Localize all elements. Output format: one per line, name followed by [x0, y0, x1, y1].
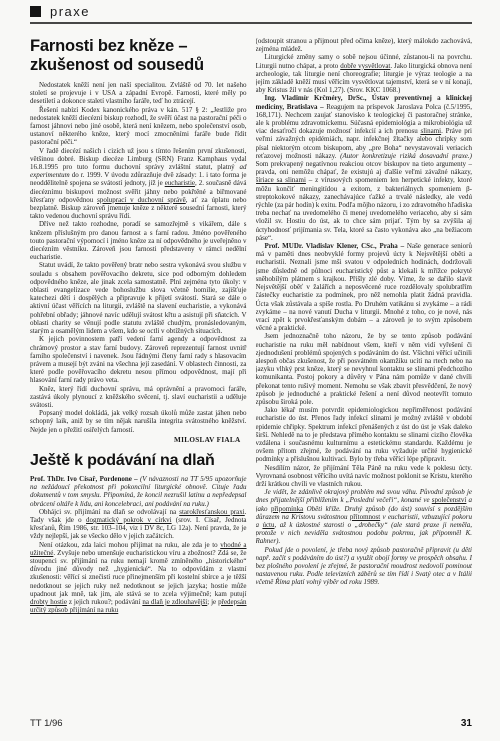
paragraph: Řešení nabízí Kodex kanonického práva v … [30, 106, 247, 147]
paragraph: Statut uvádí, že takto pověřený bratr ne… [30, 261, 247, 335]
paragraph: Liturgické změny samy o sobě nejsou účin… [256, 53, 473, 94]
paragraph: Jako lékař musím potvrdit epidemiologick… [256, 406, 473, 463]
magazine-page: praxe Farnosti bez kněze – zkušenost od … [0, 0, 500, 741]
article1-text: Nedostatek kněží není jen naší specialit… [30, 81, 247, 434]
paragraph: Nedostatek kněží není jen naší specialit… [30, 81, 247, 106]
article2-text-left: Prof. ThDr. Ivo Císař, Pordenone – (V ná… [30, 475, 247, 614]
paragraph: Prof. MUDr. Vladislav Klener, CSc., Prah… [256, 242, 473, 332]
article2-text-right: (odstoupit stranou a přijmout před očima… [256, 37, 473, 587]
paragraph: Ing. Vladimír Krčméry, DrSc., Ústav prev… [256, 94, 473, 242]
right-column: (odstoupit stranou a přijmout před očima… [256, 37, 473, 709]
paragraph: Pokud jde o povolení, je třeba nový způs… [256, 546, 473, 587]
paragraph: Prof. ThDr. Ivo Císař, Pordenone – (V ná… [30, 475, 247, 508]
paragraph: V řadě diecézí našich i cizích už jsou s… [30, 147, 247, 221]
paragraph: Obhájci sv. přijímání na dlaň se odvoláv… [30, 508, 247, 541]
page-footer: TT 1/96 31 [30, 718, 472, 729]
paragraph: Nesdílím názor, že přijímání Těla Páně n… [256, 464, 473, 489]
article1-author: MILOSLAV FIALA [30, 436, 241, 444]
paragraph: (odstoupit stranou a přijmout před očima… [256, 37, 473, 53]
paragraph: K jejich povinnostem patří vedení farní … [30, 335, 247, 384]
left-column: Farnosti bez kněze – zkušenost od soused… [30, 37, 247, 709]
section-marker-icon [30, 6, 41, 17]
paragraph: Jsem jednoznačně toho názoru, že by se t… [256, 332, 473, 406]
page-number: 31 [461, 718, 472, 729]
issue-label: TT 1/96 [30, 718, 63, 729]
section-label: praxe [50, 4, 90, 19]
article2-title: Ještě k podávání na dlaň [30, 452, 247, 470]
paragraph: Není otázkou, zda laici mohou přijímat n… [30, 541, 247, 615]
article1-title: Farnosti bez kněze – zkušenost od soused… [30, 37, 247, 74]
header-rule [30, 22, 472, 24]
paragraph: Dříve než takto rozhodne, poradí se samo… [30, 220, 247, 261]
paragraph: Popsaný model dokládá, jak velký rozsah … [30, 409, 247, 434]
paragraph: Kněz, který řídí duchovní správu, má opr… [30, 385, 247, 410]
page-body: Farnosti bez kněze – zkušenost od soused… [30, 37, 472, 709]
page-header: praxe [30, 4, 472, 24]
contributor-name: Prof. ThDr. Ivo Císař, Pordenone – [30, 475, 140, 483]
paragraph: Je vidět, že zdánlivě okrajový problém m… [256, 488, 473, 545]
contributor-name: Prof. MUDr. Vladislav Klener, CSc., Prah… [265, 242, 407, 250]
